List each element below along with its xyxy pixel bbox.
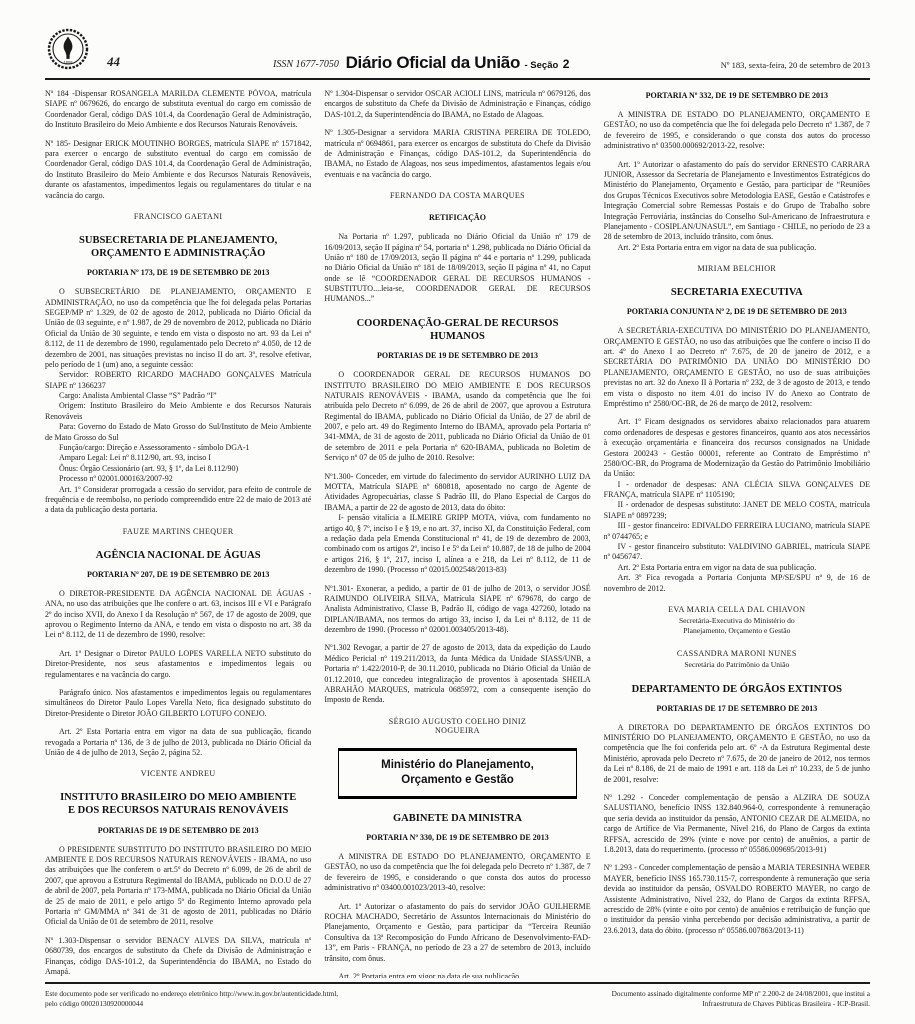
portaria-heading: PORTARIA CONJUNTA Nº 2, DE 19 DE SETEMBR… (604, 307, 870, 316)
signature-name: MIRIAM BELCHIOR (604, 264, 870, 273)
article-paragraph: Art. 2º Esta Portaria entra em vigor na … (604, 243, 870, 253)
signature-name: SÉRGIO AUGUSTO COELHO DINIZ NOGUEIRA (324, 717, 590, 735)
article-detail-line: Amparo Legal: Lei nº 8.112/90, art. 93, … (45, 453, 311, 463)
signature-role: Secretária-Executiva do Ministério do Pl… (604, 616, 870, 636)
article-paragraph: Art. 1º Autorizar o afastamento do país … (324, 902, 590, 964)
article-paragraph: Nº 1.304-Dispensar o servidor OSCAR ACIO… (324, 89, 590, 120)
article-detail-line: I - ordenador de despesas: ANA CLÉCIA SI… (604, 480, 870, 501)
org-heading: SECRETARIA EXECUTIVA (608, 286, 866, 299)
article-paragraph: Art. 2º Esta Portaria entra em vigor na … (45, 727, 311, 758)
article-paragraph: A SECRETÁRIA-EXECUTIVA DO MINISTÉRIO DO … (604, 326, 870, 409)
article-paragraph: Art. 1º Considerar prorrogada a cessão d… (45, 485, 311, 516)
org-heading: AGÊNCIA NACIONAL DE ÁGUAS (49, 549, 307, 562)
signature-name: FRANCISCO GAETANI (45, 212, 311, 221)
article-paragraph: Nº1.302 Revogar, a partir de 27 de agost… (324, 643, 590, 705)
gazette-page: 1808 44 ISSN 1677-7050 Diário Oficial da… (0, 0, 915, 1024)
article-detail-line: Art. 2º Esta Portaria entra em vigor na … (604, 563, 870, 573)
portaria-heading: PORTARIA Nº 173, DE 19 DE SETEMBRO DE 20… (45, 268, 311, 277)
article-paragraph: Art. 1º Ficam designados os servidores a… (604, 417, 870, 479)
article-paragraph: Nº 1.303-Dispensar o servidor BENACY ALV… (45, 936, 311, 978)
article-detail-line: Função/cargo: Direção e Assessoramento -… (45, 443, 311, 453)
portaria-heading: PORTARIA Nº 332, DE 19 DE SETEMBRO DE 20… (604, 91, 870, 100)
article-paragraph: Art. 1º Designar o Diretor PAULO LOPES V… (45, 649, 311, 680)
signature-role: Secretária do Patrimônio da União (604, 660, 870, 670)
column-right: PORTARIA Nº 332, DE 19 DE SETEMBRO DE 20… (604, 89, 870, 978)
article-paragraph: O PRESIDENTE SUBSTITUTO DO INSTITUTO BRA… (45, 845, 311, 928)
portaria-heading: PORTARIA Nº 330, DE 19 DE SETEMBRO DE 20… (324, 833, 590, 842)
page-header: 1808 44 ISSN 1677-7050 Diário Oficial da… (45, 28, 870, 80)
article-paragraph: A MINISTRA DE ESTADO DO PLANEJAMENTO, OR… (604, 110, 870, 152)
portaria-heading: PORTARIAS DE 19 DE SETEMBRO DE 2013 (45, 826, 311, 835)
article-paragraph: I- pensão vitalícia a ILMEIRE GRIPP MOTA… (324, 513, 590, 575)
article-paragraph: O COORDENADOR GERAL DE RECURSOS HUMANOS … (324, 370, 590, 464)
article-paragraph: O DIRETOR-PRESIDENTE DA AGÊNCIA NACIONAL… (45, 589, 311, 641)
masthead-section-label: - Seção (525, 60, 559, 71)
article-paragraph: Nº 184 -Dispensar ROSANGELA MARILDA CLEM… (45, 89, 311, 131)
masthead-section-number: 2 (563, 57, 570, 71)
org-heading: COORDENAÇÃO-GERAL DE RECURSOS HUMANOS (328, 317, 586, 343)
portaria-heading: RETIFICAÇÃO (324, 213, 590, 222)
article-detail-line: Ônus: Órgão Cessionário (art. 93, § 1º, … (45, 464, 311, 474)
article-detail-line: Servidor: ROBERTO RICARDO MACHADO GONÇAL… (45, 370, 311, 391)
portaria-heading: PORTARIA Nº 207, DE 19 DE SETEMBRO DE 20… (45, 570, 311, 579)
signature-note: Documento assinado digitalmente conforme… (612, 989, 870, 1010)
article-detail-line: Processo nº 02001.000163/2007-92 (45, 474, 311, 484)
article-paragraph: A DIRETORA DO DEPARTAMENTO DE ÓRGÃOS EXT… (604, 723, 870, 785)
article-paragraph: Na Portaria nº 1.297, publicada no Diári… (324, 232, 590, 305)
article-paragraph: Nº1.301- Exonerar, a pedido, a partir de… (324, 584, 590, 636)
masthead: Diário Oficial da União - Seção 2 (346, 53, 570, 73)
article-paragraph: Art. 3º Fica revogada a Portaria Conjunt… (604, 573, 870, 594)
article-detail-line: Origem: Instituto Brasileiro do Meio Amb… (45, 401, 311, 422)
ministry-banner: Ministério do Planejamento, Orçamento e … (338, 748, 576, 799)
article-detail-line: II - ordenador de despesas substituto: J… (604, 500, 870, 521)
issn-label: ISSN 1677-7050 (273, 59, 339, 70)
article-detail-line: Cargo: Analista Ambiental Classe “S” Pad… (45, 391, 311, 401)
page-number: 44 (107, 54, 120, 70)
article-paragraph: Art. 2º Portaria entra em vigor na data … (324, 972, 590, 978)
article-paragraph: Nº 1.293 - Conceder complementação de pe… (604, 863, 870, 936)
signature-name: FAUZE MARTINS CHEQUER (45, 527, 311, 536)
portaria-heading: PORTARIAS DE 17 DE SETEMBRO DE 2013 (604, 704, 870, 713)
signature-name: EVA MARIA CELLA DAL CHIAVON (604, 605, 870, 614)
article-paragraph: Nº1.300- Conceder, em virtude do falecim… (324, 472, 590, 514)
org-heading: GABINETE DA MINISTRA (328, 812, 586, 825)
svg-text:1808: 1808 (64, 60, 74, 65)
portaria-heading: PORTARIAS DE 19 DE SETEMBRO DE 2013 (324, 351, 590, 360)
signature-name: VICENTE ANDREU (45, 769, 311, 778)
signature-name: FERNANDO DA COSTA MARQUES (324, 191, 590, 200)
article-paragraph: O SUBSECRETÁRIO DE PLANEJAMENTO, ORÇAMEN… (45, 287, 311, 370)
page-footer: Este documento pode ser verificado no en… (45, 982, 870, 1010)
edition-info: Nº 183, sexta-feira, 20 de setembro de 2… (721, 60, 870, 70)
article-detail-line: III - gestor financeiro: EDIVALDO FERREI… (604, 521, 870, 542)
org-heading: INSTITUTO BRASILEIRO DO MEIO AMBIENTE E … (49, 791, 307, 817)
signature-name: CASSANDRA MARONI NUNES (604, 649, 870, 658)
article-detail-line: Para: Governo do Estado de Mato Grosso d… (45, 422, 311, 443)
masthead-title: Diário Oficial da União (346, 53, 520, 72)
org-heading: DEPARTAMENTO DE ÓRGÃOS EXTINTOS (608, 683, 866, 696)
article-paragraph: Nº 1.292 - Conceder complementação de pe… (604, 793, 870, 855)
article-paragraph: Parágrafo único. Nos afastamentos e impe… (45, 688, 311, 719)
verification-note: Este documento pode ser verificado no en… (45, 989, 338, 1010)
article-paragraph: Nº 185- Designar ERICK MOUTINHO BORGES, … (45, 139, 311, 201)
article-paragraph: Art. 1º Autorizar o afastamento do país … (604, 160, 870, 243)
column-center: Nº 1.304-Dispensar o servidor OSCAR ACIO… (324, 89, 590, 978)
imprensa-nacional-logo-icon: 1808 (47, 28, 89, 75)
article-paragraph: Nº 1.305-Designar a servidora MARIA CRIS… (324, 128, 590, 180)
content-columns: Nº 184 -Dispensar ROSANGELA MARILDA CLEM… (45, 80, 870, 978)
org-heading: SUBSECRETARIA DE PLANEJAMENTO, ORÇAMENTO… (49, 234, 307, 260)
column-left: Nº 184 -Dispensar ROSANGELA MARILDA CLEM… (45, 89, 311, 978)
article-paragraph: A MINISTRA DE ESTADO DO PLANEJAMENTO, OR… (324, 852, 590, 894)
article-detail-line: IV - gestor financeiro substituto: VALDI… (604, 542, 870, 563)
